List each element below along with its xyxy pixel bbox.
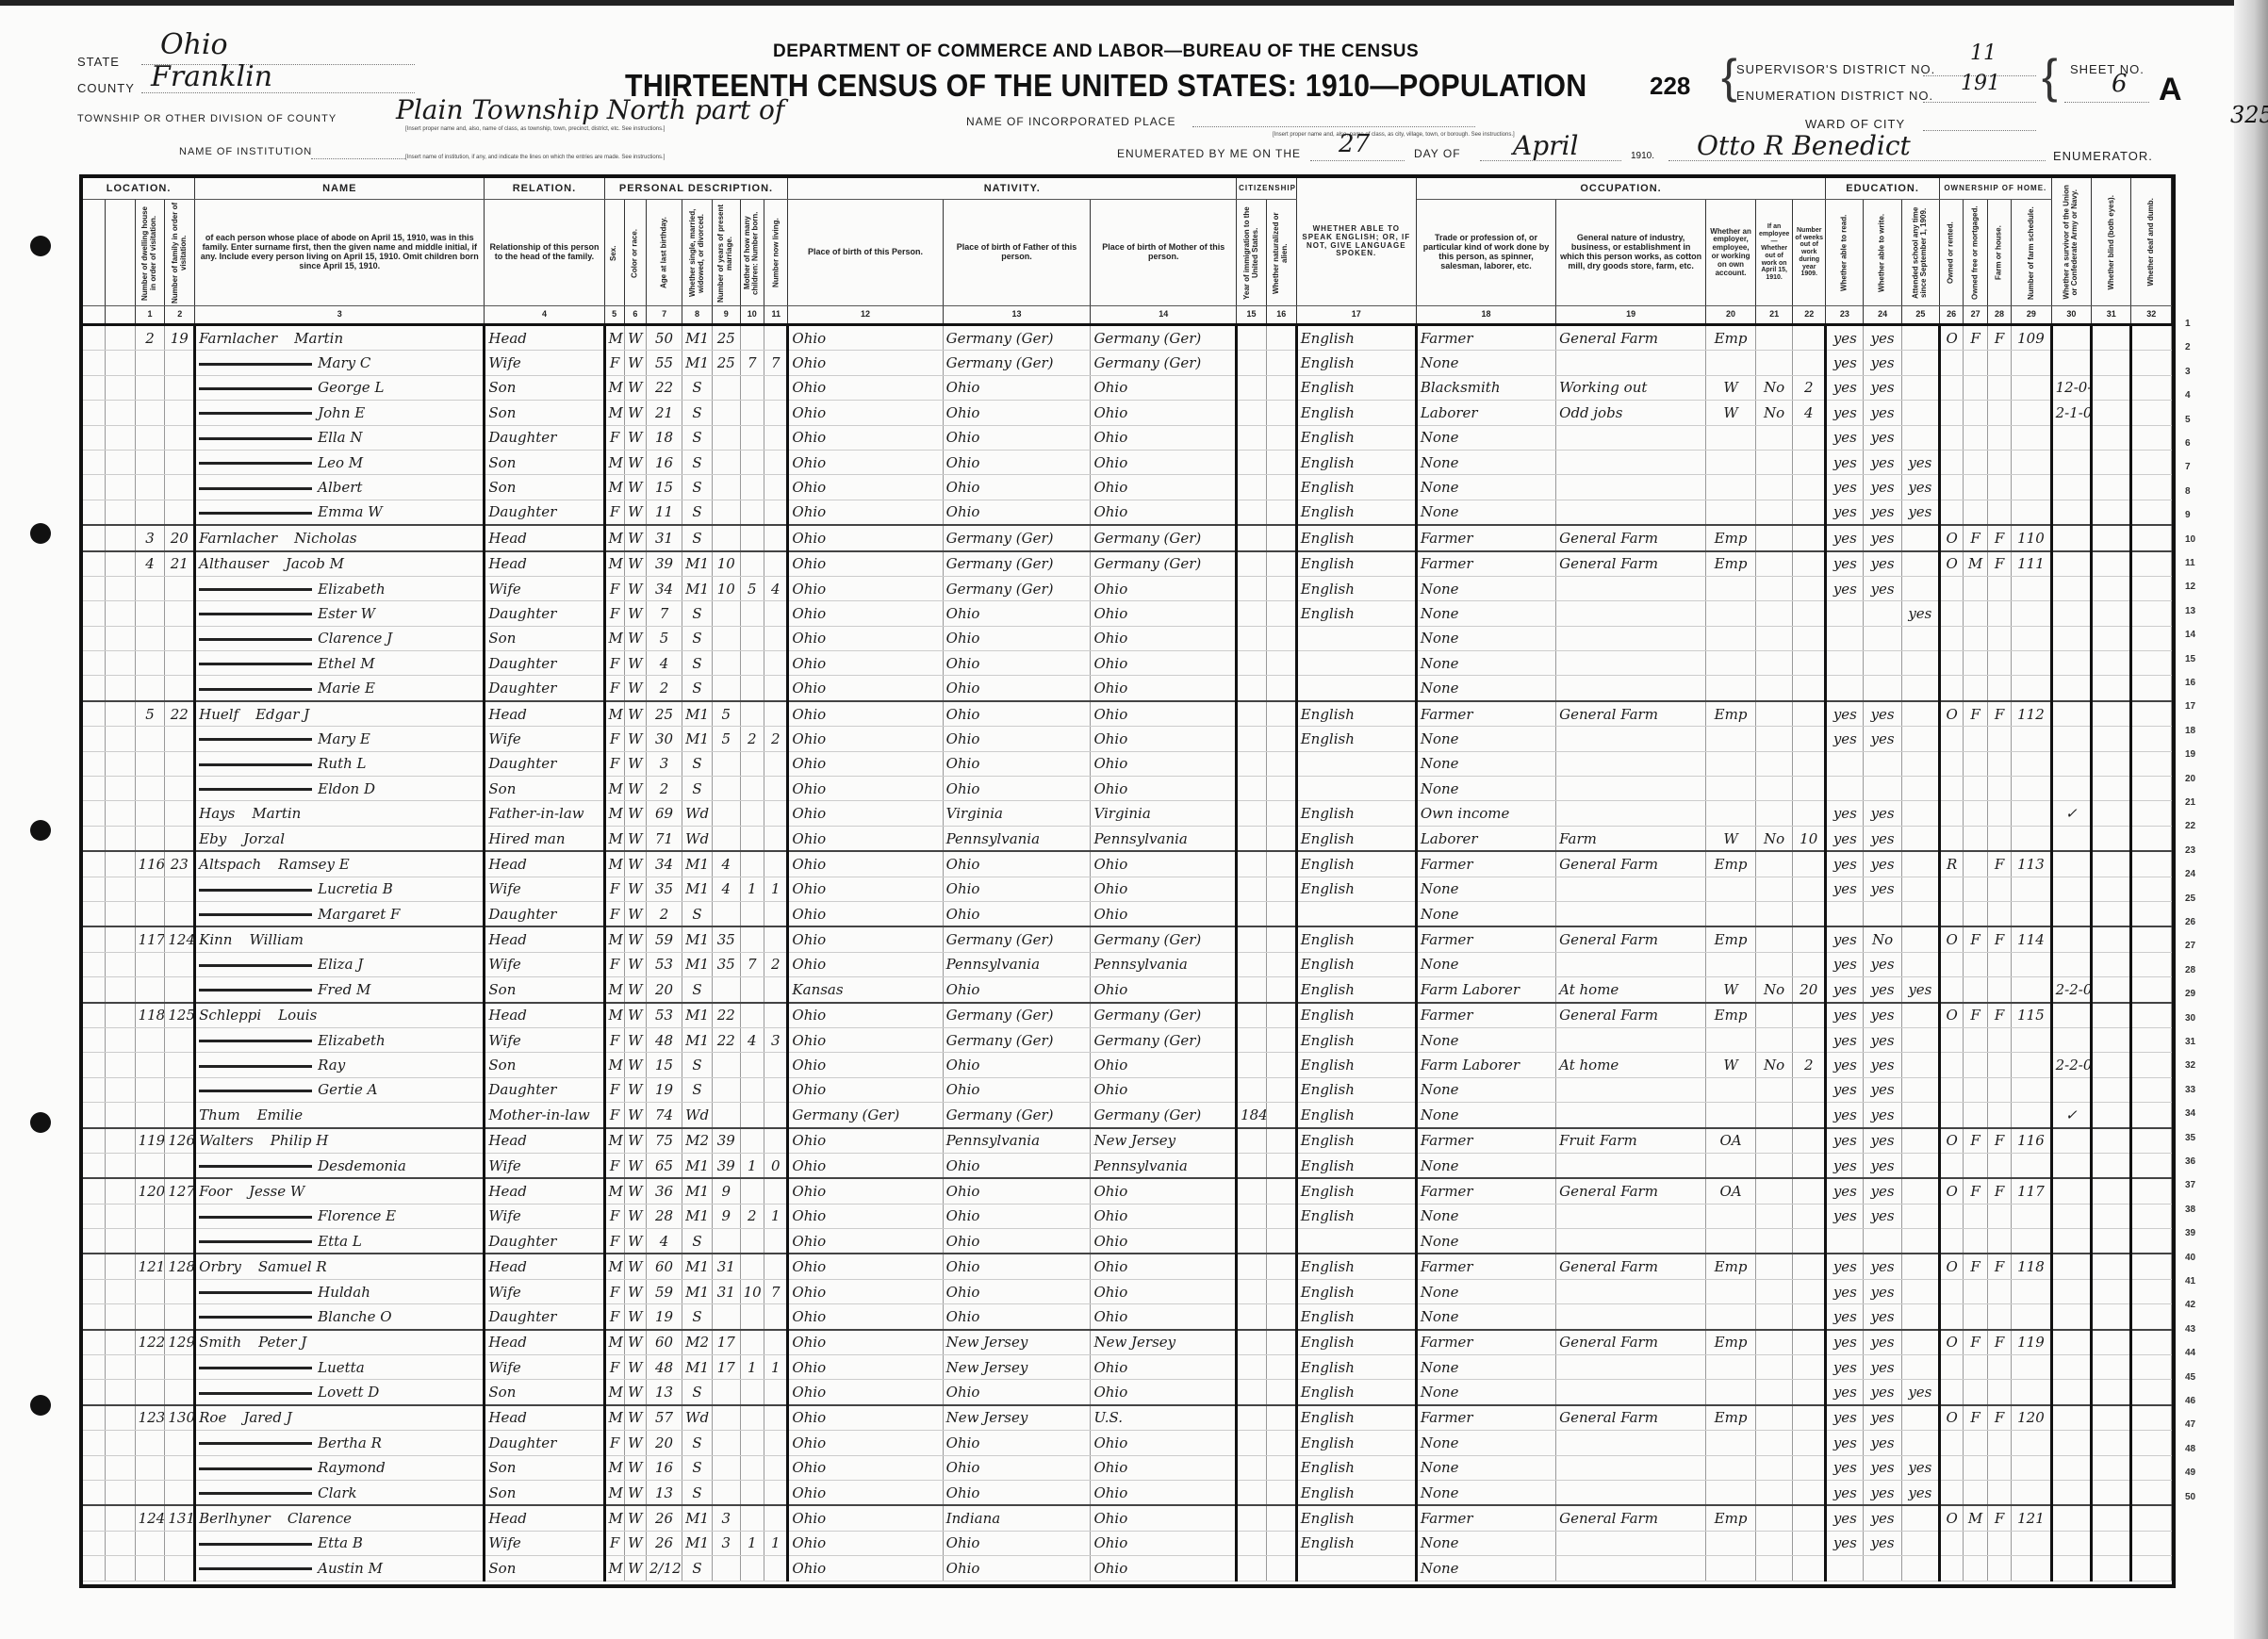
cell-immig [1237, 475, 1267, 500]
cell-mother: Ohio [1091, 1455, 1237, 1480]
cell-relation: Daughter [485, 601, 604, 626]
cell-empty [105, 751, 135, 776]
cell-relation: Daughter [485, 1431, 604, 1455]
cell-empty [2092, 401, 2131, 425]
cell-empty [2131, 475, 2172, 500]
cell-sex: F [604, 1304, 624, 1330]
ditto-dash [199, 989, 312, 992]
cell-note [2051, 1279, 2091, 1303]
cell-race: W [624, 351, 646, 375]
cell-age: 20 [647, 1431, 682, 1455]
line-number: 2 [2185, 342, 2191, 352]
cell-years [712, 401, 740, 425]
cell-own [1939, 1355, 1963, 1380]
cell-sex: F [604, 1103, 624, 1128]
cell-birth: Ohio [788, 1204, 943, 1228]
cell-birth: Ohio [788, 425, 943, 450]
cell-own: O [1939, 701, 1963, 727]
cell-years [712, 1405, 740, 1431]
cell-living: 1 [764, 1531, 788, 1555]
cell-school [1901, 1431, 1939, 1455]
cell-sex: M [604, 777, 624, 801]
cell-race: W [624, 1279, 646, 1303]
person-name: Albert [195, 475, 485, 500]
cell-english: English [1296, 851, 1416, 877]
cell-industry [1556, 1229, 1706, 1254]
cell-free: F [1964, 1405, 1987, 1431]
cell-dwelling [135, 1480, 165, 1505]
cell-birth: Ohio [788, 500, 943, 525]
cell-english: English [1296, 1027, 1416, 1052]
cell-dwelling [135, 1027, 165, 1052]
table-row: Etta LDaughterFW4SOhioOhioOhioNone [83, 1229, 2172, 1254]
cell-emp: Emp [1706, 325, 1756, 351]
section-location: Location. [83, 178, 195, 200]
cell-industry: General Farm [1556, 1178, 1706, 1204]
cell-free [1964, 1103, 1987, 1128]
cell-marital: M1 [682, 576, 713, 600]
table-row: LuettaWifeFW48M11711OhioNew JerseyOhioEn… [83, 1355, 2172, 1380]
cell-dwelling [135, 777, 165, 801]
cell-empty [2092, 1254, 2131, 1279]
cell-born: 4 [740, 1027, 764, 1052]
line-number: 28 [2185, 965, 2195, 975]
cell-immig [1237, 425, 1267, 450]
cell-sched [2012, 751, 2051, 776]
cell-own [1939, 1153, 1963, 1178]
cell-family [165, 1153, 195, 1178]
cell-years [712, 1556, 740, 1581]
cell-own [1939, 1480, 1963, 1505]
cell-dwelling [135, 1053, 165, 1077]
cell-race: W [624, 977, 646, 1003]
person-name: Desdemonia [195, 1153, 485, 1178]
cell-family [165, 1304, 195, 1330]
cell-living [764, 1254, 788, 1279]
cell-farm [1987, 1431, 2011, 1455]
header-c13: Place of birth of Father of this person. [943, 200, 1091, 306]
cell-dwelling [135, 1355, 165, 1380]
cell-own: O [1939, 1254, 1963, 1279]
cell-age: 57 [647, 1405, 682, 1431]
cell-school [1901, 1229, 1939, 1254]
cell-dwelling [135, 1204, 165, 1228]
cell-own: O [1939, 551, 1963, 577]
table-row: ClarkSonMW13SOhioOhioOhioEnglishNoneyesy… [83, 1480, 2172, 1505]
cell-empty [105, 375, 135, 400]
cell-free [1964, 952, 1987, 976]
cell-weeks [1793, 1027, 1826, 1052]
line-number: 8 [2185, 486, 2191, 497]
header-c4: Relationship of this person to the head … [485, 200, 604, 306]
cell-weeks [1793, 777, 1826, 801]
cell-empty [2092, 727, 2131, 751]
cell-empty [1266, 676, 1296, 701]
cell-empty [1266, 500, 1296, 525]
cell-father: Ohio [943, 1279, 1091, 1303]
cell-birth: Ohio [788, 1455, 943, 1480]
institution-label: Name of institution [179, 146, 312, 157]
cell-trade: Farm Laborer [1416, 977, 1555, 1003]
cell-own [1939, 952, 1963, 976]
cell-empty [105, 901, 135, 926]
cell-outwork [1756, 1405, 1793, 1431]
cell-free [1964, 1455, 1987, 1480]
header-c15: Year of immigration to the United States… [1237, 200, 1267, 306]
cell-race: W [624, 1027, 646, 1052]
column-number: 11 [764, 306, 788, 325]
cell-empty [83, 1431, 105, 1455]
cell-race: W [624, 325, 646, 351]
cell-marital: M1 [682, 727, 713, 751]
line-number: 21 [2185, 797, 2195, 808]
cell-weeks [1793, 1531, 1826, 1555]
cell-trade: Farmer [1416, 1128, 1555, 1154]
ditto-dash [199, 913, 312, 916]
cell-marital: S [682, 1431, 713, 1455]
table-row: 11623AltspachRamsey EHeadMW34M14OhioOhio… [83, 851, 2172, 877]
cell-birth: Ohio [788, 351, 943, 375]
cell-relation: Head [485, 551, 604, 577]
cell-empty [105, 1431, 135, 1455]
cell-write: yes [1864, 1355, 1901, 1380]
cell-sched: 110 [2012, 525, 2051, 550]
cell-race: W [624, 851, 646, 877]
cell-age: 59 [647, 926, 682, 952]
surname: Altspach [199, 856, 261, 873]
cell-empty [2131, 601, 2172, 626]
cell-farm [1987, 1204, 2011, 1228]
cell-empty [83, 450, 105, 474]
cell-note [2051, 926, 2091, 952]
cell-write: yes [1864, 1380, 1901, 1405]
cell-race: W [624, 525, 646, 550]
cell-empty [105, 851, 135, 877]
cell-write [1864, 601, 1901, 626]
cell-race: W [624, 777, 646, 801]
cell-born [740, 977, 764, 1003]
cell-immig [1237, 500, 1267, 525]
cell-empty [2131, 425, 2172, 450]
header-c8: Whether single, married, widowed, or div… [682, 200, 713, 306]
cell-trade: Farmer [1416, 551, 1555, 577]
cell-outwork [1756, 1229, 1793, 1254]
cell-trade: None [1416, 1355, 1555, 1380]
cell-write: yes [1864, 1405, 1901, 1431]
cell-empty [2092, 1077, 2131, 1102]
cell-school [1901, 1053, 1939, 1077]
enumerated-year: 1910. [1631, 151, 1654, 161]
cell-marital: M1 [682, 1178, 713, 1204]
person-name: AlthauserJacob M [195, 551, 485, 577]
cell-empty [2092, 1229, 2131, 1254]
form-code: 228 [1650, 72, 1690, 101]
cell-empty [1266, 1355, 1296, 1380]
cell-mother: Ohio [1091, 701, 1237, 727]
cell-farm [1987, 727, 2011, 751]
cell-own [1939, 751, 1963, 776]
cell-mother: Germany (Ger) [1091, 1027, 1237, 1052]
cell-immig [1237, 1431, 1267, 1455]
cell-note [2051, 1380, 2091, 1405]
cell-read [1826, 626, 1864, 650]
cell-race: W [624, 475, 646, 500]
cell-family [165, 375, 195, 400]
cell-empty [2092, 1003, 2131, 1028]
cell-industry [1556, 1304, 1706, 1330]
given-name: Eldon D [318, 780, 375, 797]
cell-write: yes [1864, 1279, 1901, 1303]
cell-own [1939, 375, 1963, 400]
cell-empty [105, 1505, 135, 1531]
cell-dwelling [135, 626, 165, 650]
cell-outwork [1756, 1254, 1793, 1279]
institution-line [311, 158, 405, 159]
cell-english: English [1296, 1304, 1416, 1330]
cell-sched [2012, 425, 2051, 450]
cell-living [764, 1455, 788, 1480]
cell-born [740, 1380, 764, 1405]
line-number: 30 [2185, 1013, 2195, 1024]
cell-empty [105, 1128, 135, 1154]
cell-empty [1266, 651, 1296, 676]
cell-own [1939, 1204, 1963, 1228]
cell-dwelling [135, 977, 165, 1003]
cell-school [1901, 952, 1939, 976]
cell-family [165, 401, 195, 425]
cell-birth: Ohio [788, 1153, 943, 1178]
cell-empty [2131, 551, 2172, 577]
cell-sched [2012, 651, 2051, 676]
cell-sex: M [604, 325, 624, 351]
cell-empty [1266, 1556, 1296, 1581]
cell-dwelling [135, 826, 165, 851]
cell-emp: Emp [1706, 701, 1756, 727]
cell-industry [1556, 601, 1706, 626]
given-name: Ruth L [318, 755, 366, 772]
header-c1: Number of dwelling house in order of vis… [135, 200, 165, 306]
cell-write: No [1864, 926, 1901, 952]
cell-marital: Wd [682, 801, 713, 826]
cell-sched [2012, 801, 2051, 826]
cell-father: Ohio [943, 1254, 1091, 1279]
cell-farm [1987, 751, 2011, 776]
cell-immig [1237, 626, 1267, 650]
cell-dwelling [135, 425, 165, 450]
cell-born [740, 1003, 764, 1028]
cell-empty [83, 851, 105, 877]
cell-emp [1706, 877, 1756, 901]
cell-weeks: 2 [1793, 1053, 1826, 1077]
column-number: 3 [195, 306, 485, 325]
cell-read: yes [1826, 801, 1864, 826]
cell-sched [2012, 1153, 2051, 1178]
cell-note [2051, 1153, 2091, 1178]
cell-immig [1237, 1053, 1267, 1077]
cell-sched [2012, 676, 2051, 701]
cell-relation: Wife [485, 1279, 604, 1303]
cell-living [764, 851, 788, 877]
cell-father: Germany (Ger) [943, 576, 1091, 600]
cell-emp: Emp [1706, 1254, 1756, 1279]
cell-father: Ohio [943, 651, 1091, 676]
cell-emp: Emp [1706, 851, 1756, 877]
cell-emp [1706, 727, 1756, 751]
sheet-line [2064, 102, 2149, 103]
cell-living: 2 [764, 727, 788, 751]
cell-age: 13 [647, 1480, 682, 1505]
ditto-dash [199, 763, 312, 766]
cell-empty [1266, 1103, 1296, 1128]
cell-sex: F [604, 1077, 624, 1102]
cell-father: Germany (Ger) [943, 1003, 1091, 1028]
cell-school [1901, 1405, 1939, 1431]
cell-empty [2131, 1431, 2172, 1455]
cell-note [2051, 1355, 2091, 1380]
cell-family [165, 425, 195, 450]
cell-note [2051, 727, 2091, 751]
cell-immig [1237, 851, 1267, 877]
cell-years: 5 [712, 701, 740, 727]
cell-trade: Farmer [1416, 851, 1555, 877]
cell-outwork: No [1756, 826, 1793, 851]
cell-free [1964, 877, 1987, 901]
ditto-dash [199, 1567, 312, 1570]
county-label: County [77, 81, 135, 95]
cell-school [1901, 701, 1939, 727]
cell-immig [1237, 801, 1267, 826]
given-name: Emma W [318, 503, 383, 520]
cell-living [764, 926, 788, 952]
cell-outwork [1756, 425, 1793, 450]
cell-weeks [1793, 626, 1826, 650]
cell-mother: Ohio [1091, 500, 1237, 525]
cell-industry [1556, 901, 1706, 926]
cell-own: O [1939, 926, 1963, 952]
cell-own [1939, 1077, 1963, 1102]
cell-years: 22 [712, 1027, 740, 1052]
cell-own [1939, 601, 1963, 626]
cell-empty [2131, 1380, 2172, 1405]
cell-empty [2131, 801, 2172, 826]
given-name: Louis [278, 1007, 317, 1024]
cell-weeks [1793, 1405, 1826, 1431]
cell-birth: Ohio [788, 1405, 943, 1431]
cell-sched [2012, 727, 2051, 751]
cell-immig [1237, 1556, 1267, 1581]
cell-empty [2092, 751, 2131, 776]
cell-outwork [1756, 926, 1793, 952]
cell-school [1901, 826, 1939, 851]
cell-relation: Wife [485, 952, 604, 976]
cell-years: 35 [712, 952, 740, 976]
ditto-dash [199, 1316, 312, 1319]
table-row: 120127FoorJesse WHeadMW36M19OhioOhioOhio… [83, 1178, 2172, 1204]
cell-empty [1266, 1405, 1296, 1431]
cell-empty [83, 1480, 105, 1505]
cell-outwork [1756, 1330, 1793, 1355]
given-name: Etta L [318, 1233, 362, 1250]
cell-emp [1706, 1556, 1756, 1581]
ditto-dash [199, 638, 312, 641]
header-c31: Whether blind (both eyes). [2092, 178, 2131, 306]
cell-own [1939, 777, 1963, 801]
cell-born [740, 1431, 764, 1455]
cell-mother: Ohio [1091, 777, 1237, 801]
cell-father: Ohio [943, 901, 1091, 926]
cell-father: Germany (Ger) [943, 926, 1091, 952]
cell-weeks [1793, 1556, 1826, 1581]
person-name: Emma W [195, 500, 485, 525]
cell-sched [2012, 500, 2051, 525]
cell-birth: Ohio [788, 877, 943, 901]
census-sheet: State Ohio County Franklin Township or o… [0, 0, 2268, 1639]
ditto-dash [199, 1065, 312, 1068]
cell-outwork [1756, 1204, 1793, 1228]
cell-marital: M2 [682, 1330, 713, 1355]
cell-marital: S [682, 676, 713, 701]
cell-living [764, 1556, 788, 1581]
cell-mother: Ohio [1091, 475, 1237, 500]
cell-empty [83, 576, 105, 600]
cell-emp [1706, 601, 1756, 626]
cell-empty [2092, 1053, 2131, 1077]
given-name: George L [318, 379, 384, 396]
cell-mother: Virginia [1091, 801, 1237, 826]
cell-sex: M [604, 626, 624, 650]
surname: Berlhyner [199, 1510, 271, 1527]
cell-school [1901, 926, 1939, 952]
cell-own [1939, 500, 1963, 525]
cell-english: English [1296, 1204, 1416, 1228]
cell-emp [1706, 1355, 1756, 1380]
cell-industry: Working out [1556, 375, 1706, 400]
section-citizenship: Citizenship [1237, 178, 1297, 200]
cell-school: yes [1901, 1480, 1939, 1505]
cell-empty [2092, 901, 2131, 926]
cell-weeks [1793, 351, 1826, 375]
cell-age: 16 [647, 450, 682, 474]
cell-empty [2092, 952, 2131, 976]
cell-years [712, 500, 740, 525]
cell-emp [1706, 1455, 1756, 1480]
cell-born: 1 [740, 1355, 764, 1380]
cell-weeks: 10 [1793, 826, 1826, 851]
cell-father: Ohio [943, 601, 1091, 626]
table-row: Blanche ODaughterFW19SOhioOhioOhioEnglis… [83, 1304, 2172, 1330]
cell-sex: M [604, 375, 624, 400]
cell-years: 17 [712, 1330, 740, 1355]
cell-note [2051, 1556, 2091, 1581]
cell-school [1901, 851, 1939, 877]
table-row: RaySonMW15SOhioOhioOhioEnglishFarm Labor… [83, 1053, 2172, 1077]
cell-family [165, 952, 195, 976]
cell-sex: M [604, 851, 624, 877]
cell-trade: None [1416, 1531, 1555, 1555]
ditto-dash [199, 1492, 312, 1495]
table-row: Ethel MDaughterFW4SOhioOhioOhioNone [83, 651, 2172, 676]
header-c14: Place of birth of Mother of this person. [1091, 200, 1237, 306]
cell-read: yes [1826, 525, 1864, 550]
cell-trade: Farmer [1416, 1405, 1555, 1431]
cell-years [712, 525, 740, 550]
cell-empty [2131, 1103, 2172, 1128]
cell-age: 59 [647, 1279, 682, 1303]
cell-empty [1266, 1003, 1296, 1028]
cell-dwelling: 118 [135, 1003, 165, 1028]
cell-relation: Son [485, 977, 604, 1003]
cell-marital: Wd [682, 826, 713, 851]
